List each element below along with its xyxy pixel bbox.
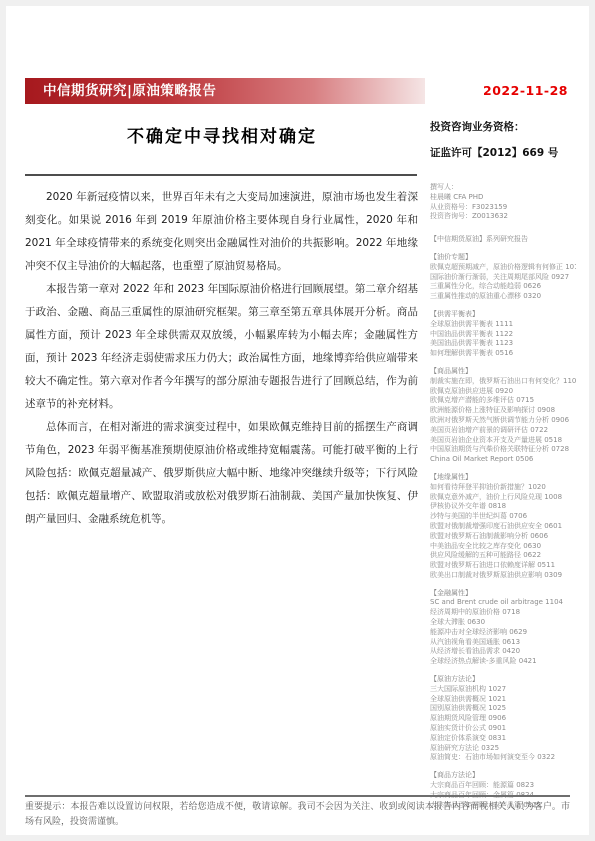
report-item: 原油研究方法论 0325 bbox=[430, 744, 576, 754]
report-item: 原油定价体系演变 0831 bbox=[430, 734, 576, 744]
report-item: 欧盟对俄制裁增强印度石油供应安全 0601 bbox=[430, 522, 576, 532]
section-header: 【供需平衡表】 bbox=[430, 310, 576, 320]
report-item: 美国油品供需平衡表 1123 bbox=[430, 339, 576, 349]
paragraph: 总体而言，在相对渐进的需求演变过程中，如果欧佩克维持目前的摇摆生产商调节角色，2… bbox=[25, 416, 418, 531]
report-item: 制裁实施在即，俄罗斯石油出口有何变化？1108 bbox=[430, 377, 576, 387]
report-item: 原油实货计价公式 0901 bbox=[430, 724, 576, 734]
report-item: 中国原油期货与汽柴价格关联特征分析 0728 bbox=[430, 445, 576, 455]
section-header: 【地缘属性】 bbox=[430, 473, 576, 483]
section-items: 欧佩克超预期减产，原油价格逻辑有何修正 1014国际油价渐行渐弱，关注周期尾部风… bbox=[430, 263, 576, 302]
report-item: 欧佩克增产潜能的多维评估 0715 bbox=[430, 396, 576, 406]
author-advisory-no: 投资咨询号：Z0013632 bbox=[430, 212, 576, 222]
report-item: 欧佩克意外减产，油价上行风险兑现 1008 bbox=[430, 493, 576, 503]
report-item: 欧佩克原油供应进展 0920 bbox=[430, 387, 576, 397]
section-items: 如何看待拜登平抑油价新措施？1020欧佩克意外减产，油价上行风险兑现 1008伊… bbox=[430, 483, 576, 581]
report-item: 中国油品供需平衡表 1122 bbox=[430, 330, 576, 340]
section-items: 全球原油供需平衡表 1111中国油品供需平衡表 1122美国油品供需平衡表 11… bbox=[430, 320, 576, 359]
report-item: 原油简史：石油市场如何演变至今 0322 bbox=[430, 753, 576, 763]
report-page: 中信期货研究|原油策略报告 2022-11-28 投资咨询业务资格： 证监许可【… bbox=[0, 0, 595, 841]
report-item: 国际油价渐行渐弱，关注周期尾部风险 0927 bbox=[430, 273, 576, 283]
report-item: 全球经济热点解读-多重风险 0421 bbox=[430, 657, 576, 667]
report-item: 能源冲击对全球经济影响 0629 bbox=[430, 628, 576, 638]
report-item: 美国页岩油增产前景的调研评估 0722 bbox=[430, 426, 576, 436]
body-paragraphs: 2020 年新冠疫情以来，世界百年未有之大变局加速演进，原油市场也发生着深刻变化… bbox=[25, 186, 418, 531]
report-item: 美国页岩油企业资本开支及产量进展 0518 bbox=[430, 436, 576, 446]
title-divider bbox=[25, 174, 417, 176]
credentials-line1: 投资咨询业务资格： bbox=[430, 114, 585, 140]
report-section: 【商品属性】 制裁实施在即，俄罗斯石油出口有何变化？1108欧佩克原油供应进展 … bbox=[430, 367, 576, 465]
report-item: China Oil Market Report 0506 bbox=[430, 455, 576, 465]
section-items: 三大国际原油机构 1027全球原油供需概况 1021国别原油供需概况 1025原… bbox=[430, 685, 576, 763]
author-label: 撰写人： bbox=[430, 183, 576, 193]
section-header: 【商品方法论】 bbox=[430, 771, 576, 781]
report-item: 欧美出口制裁对俄罗斯原油供应影响 0309 bbox=[430, 571, 576, 581]
section-items: 制裁实施在即，俄罗斯石油出口有何变化？1108欧佩克原油供应进展 0920欧佩克… bbox=[430, 377, 576, 465]
report-item: 沙特与美国的半世纪纠葛 0706 bbox=[430, 512, 576, 522]
report-item: 伊核协议外交年谱 0818 bbox=[430, 502, 576, 512]
paragraph: 2020 年新冠疫情以来，世界百年未有之大变局加速演进，原油市场也发生着深刻变化… bbox=[25, 186, 418, 278]
report-item: 大宗商品百年回顾：能源篇 0823 bbox=[430, 781, 576, 791]
report-item: 国别原油供需概况 1025 bbox=[430, 704, 576, 714]
report-list: 【油价专题】 欧佩克超预期减产，原油价格逻辑有何修正 1014国际油价渐行渐弱，… bbox=[430, 253, 576, 810]
report-item: 欧洲能源价格上涨特征及影响探讨 0908 bbox=[430, 406, 576, 416]
section-header: 【商品属性】 bbox=[430, 367, 576, 377]
report-item: 欧洲对俄罗斯天然气断供调节能力分析 0906 bbox=[430, 416, 576, 426]
report-item: 经济周期中的原油价格 0718 bbox=[430, 608, 576, 618]
report-item: SC and Brent crude oil arbitrage 1104 bbox=[430, 598, 576, 608]
report-section: 【金融属性】 SC and Brent crude oil arbitrage … bbox=[430, 589, 576, 667]
report-section: 【供需平衡表】 全球原油供需平衡表 1111中国油品供需平衡表 1122美国油品… bbox=[430, 310, 576, 359]
page-title: 不确定中寻找相对确定 bbox=[25, 122, 419, 147]
report-item: 三重属性推动的原油重心漂移 0320 bbox=[430, 292, 576, 302]
report-item: 欧盟对俄罗斯石油制裁影响分析 0606 bbox=[430, 532, 576, 542]
section-items: SC and Brent crude oil arbitrage 1104经济周… bbox=[430, 598, 576, 667]
series-title: 【中信期货原油】系列研究报告 bbox=[430, 235, 576, 245]
section-header: 【油价专题】 bbox=[430, 253, 576, 263]
section-header: 【原油方法论】 bbox=[430, 675, 576, 685]
section-header: 【金融属性】 bbox=[430, 589, 576, 599]
report-date: 2022-11-28 bbox=[430, 83, 568, 98]
sidebar: 撰写人： 桂晨曦 CFA PHD 从业资格号：F3023159 投资咨询号：Z0… bbox=[430, 183, 576, 810]
footer-divider bbox=[25, 795, 570, 797]
author-practice-no: 从业资格号：F3023159 bbox=[430, 203, 576, 213]
report-section: 【地缘属性】 如何看待拜登平抑油价新措施？1020欧佩克意外减产，油价上行风险兑… bbox=[430, 473, 576, 581]
report-item: 全球原油供需平衡表 1111 bbox=[430, 320, 576, 330]
report-item: 原油期货风险管理 0906 bbox=[430, 714, 576, 724]
report-item: 三重属性分化，综合动能趋弱 0626 bbox=[430, 282, 576, 292]
report-item: 三大国际原油机构 1027 bbox=[430, 685, 576, 695]
report-section: 【原油方法论】 三大国际原油机构 1027全球原油供需概况 1021国别原油供需… bbox=[430, 675, 576, 763]
report-item: 如何理解供需平衡表 0516 bbox=[430, 349, 576, 359]
masthead-label: 中信期货研究|原油策略报告 bbox=[43, 83, 216, 99]
report-item: 全球大滞胀 0630 bbox=[430, 618, 576, 628]
report-section: 【油价专题】 欧佩克超预期减产，原油价格逻辑有何修正 1014国际油价渐行渐弱，… bbox=[430, 253, 576, 302]
report-item: 欧佩克超预期减产，原油价格逻辑有何修正 1014 bbox=[430, 263, 576, 273]
report-item: 全球原油供需概况 1021 bbox=[430, 695, 576, 705]
report-item: 从经济增长看油品需求 0420 bbox=[430, 647, 576, 657]
paragraph: 本报告第一章对 2022 年和 2023 年国际原油价格进行回顾展望。第二章介绍… bbox=[25, 278, 418, 416]
credentials-block: 投资咨询业务资格： 证监许可【2012】669 号 bbox=[430, 114, 585, 166]
author-name: 桂晨曦 CFA PHD bbox=[430, 193, 576, 203]
report-item: 中美油品安全比较之库存变化 0630 bbox=[430, 542, 576, 552]
report-item: 欧盟对俄罗斯石油进口依赖度详解 0511 bbox=[430, 561, 576, 571]
footer-disclaimer: 重要提示：本报告难以设置访问权限，若给您造成不便，敬请谅解。我司不会因为关注、收… bbox=[25, 800, 570, 829]
report-item: 从汽油视角看美国通胀 0613 bbox=[430, 638, 576, 648]
report-item: 如何看待拜登平抑油价新措施？1020 bbox=[430, 483, 576, 493]
author-block: 撰写人： 桂晨曦 CFA PHD 从业资格号：F3023159 投资咨询号：Z0… bbox=[430, 183, 576, 222]
masthead-banner: 中信期货研究|原油策略报告 bbox=[25, 78, 425, 104]
credentials-line2: 证监许可【2012】669 号 bbox=[430, 140, 585, 166]
report-item: 供应风险缓解的五种可能路径 0622 bbox=[430, 551, 576, 561]
